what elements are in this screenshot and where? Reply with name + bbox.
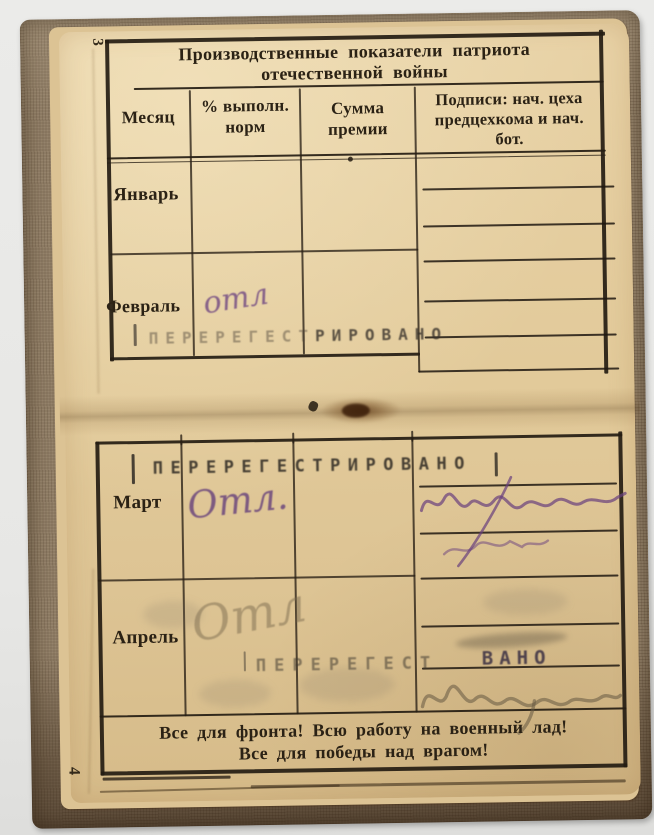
stamp-text-faded: ПЕРЕРЕГЕСТ: [149, 326, 316, 348]
production-table-top: Производственные показатели патриота оте…: [0, 0, 647, 5]
stamp-frame-bar: [133, 324, 136, 346]
photo-of-workbook-page: 3 4 Производственные показатели патрио: [0, 0, 654, 835]
header-percent-line1: % выполн.: [191, 95, 299, 117]
header-percent-line2: норм: [191, 116, 299, 138]
header-premium-line1: Сумма: [301, 98, 414, 120]
row-april-label: Апрель: [112, 626, 179, 649]
header-premium-line2: премии: [301, 119, 414, 141]
page-number-bottom: 4: [64, 767, 82, 775]
row-january-label: Январь: [113, 184, 178, 206]
row-february-label: Февраль: [106, 295, 180, 317]
row-march-label: Март: [113, 492, 162, 515]
page-number-top: 3: [88, 38, 105, 46]
signature-march: [413, 465, 633, 580]
production-table-bottom: ПЕРЕРЕГЕСТРИРОВАНО Март Апрель Отл. Отл …: [0, 0, 647, 5]
header-signatures-line3: бот.: [416, 128, 602, 151]
booklet: 3 4 Производственные показатели патрио: [0, 0, 654, 835]
stamp-frame-bar: [244, 651, 246, 671]
ink-speck: [348, 157, 353, 162]
stamp-text-dark: РИРОВАНО: [315, 324, 448, 345]
stamp-frame-bar: [132, 454, 135, 484]
header-month: Месяц: [106, 106, 190, 128]
